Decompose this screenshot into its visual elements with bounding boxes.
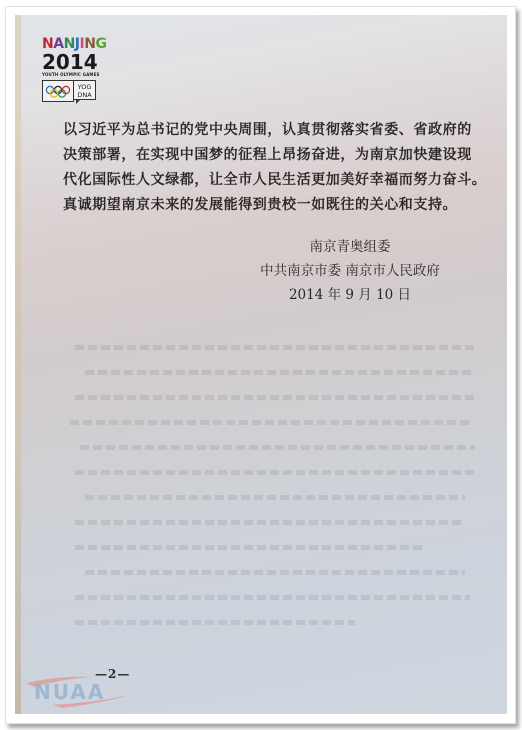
signature-block: 南京青奥组委 中共南京市委 南京市人民政府 2014 年 9 月 10 日 <box>240 235 460 307</box>
olympic-rings-icon <box>42 80 74 102</box>
signature-org-youth-olympic-committee: 南京青奥组委 <box>240 235 460 259</box>
body-line: 真诚期望南京未来的发展能得到贵校一如既往的关心和支持。 <box>63 193 483 218</box>
logo-subtitle: YOUTH OLYMPIC GAMES <box>42 72 118 78</box>
letter-body: 以习近平为总书记的党中央周围，认真贯彻落实省委、省政府的 决策部署，在实现中国梦… <box>63 118 483 218</box>
badge-line-1: YOG <box>74 83 95 91</box>
yog-dna-speech-bubble: YOG DNA <box>74 80 96 100</box>
body-line: 决策部署，在实现中国梦的征程上昂扬奋进，为南京加快建设现 <box>63 143 483 168</box>
body-line: 代化国际性人文绿都，让全市人民生活更加美好幸福而努力奋斗。 <box>63 168 483 193</box>
nuaa-watermark: NUAA <box>22 673 132 709</box>
logo-badges: YOG DNA <box>42 80 118 102</box>
logo-year: 2014 <box>42 52 118 72</box>
signature-org-city-government: 中共南京市委 南京市人民政府 <box>240 259 460 283</box>
badge-line-2: DNA <box>74 91 95 99</box>
body-line: 以习近平为总书记的党中央周围，认真贯彻落实省委、省政府的 <box>63 118 483 143</box>
signature-date: 2014 年 9 月 10 日 <box>240 283 460 307</box>
nanjing-2014-logo: NANJING 2014 YOUTH OLYMPIC GAMES YOG DNA <box>42 36 118 102</box>
watermark-text: NUAA <box>34 680 105 704</box>
document-photo: NANJING 2014 YOUTH OLYMPIC GAMES YOG DNA… <box>15 15 507 714</box>
